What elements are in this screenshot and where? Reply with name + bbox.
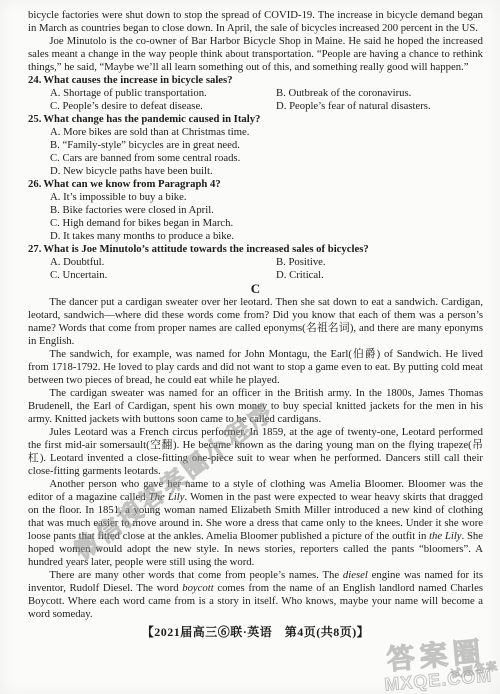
question-25: 25.What change has the pandemic caused i… bbox=[28, 113, 483, 178]
option-text: High demand for bikes began in March. bbox=[62, 217, 233, 229]
option-text: Critical. bbox=[289, 269, 324, 281]
question-25-text: What change has the pandemic caused in I… bbox=[43, 113, 260, 125]
option-text: New bicycle paths have been built. bbox=[63, 165, 213, 177]
question-26-option-c: C. High demand for bikes began in March. bbox=[50, 217, 483, 230]
option-label: C. bbox=[50, 269, 60, 281]
option-label: B. bbox=[276, 87, 286, 99]
question-24-option-d: D. People’s fear of natural disasters. bbox=[276, 100, 483, 113]
option-text: It’s impossible to buy a bike. bbox=[63, 191, 187, 203]
option-label: A. bbox=[50, 126, 60, 138]
passage-c-paragraph-1: The dancer put a cardigan sweater over h… bbox=[28, 296, 483, 348]
option-text: More bikes are sold than at Christmas ti… bbox=[63, 126, 249, 138]
question-26-stem: 26.What can we know from Paragraph 4? bbox=[28, 178, 483, 191]
question-25-option-b: B. “Family-style” bicycles are in great … bbox=[50, 139, 483, 152]
question-25-stem: 25.What change has the pandemic caused i… bbox=[28, 113, 483, 126]
question-24-option-c: C. People’s desire to defeat disease. bbox=[50, 100, 276, 113]
question-25-option-c: C. Cars are banned from some central roa… bbox=[50, 152, 483, 165]
question-27-stem: 27.What is Joe Minutolo’s attitude towar… bbox=[28, 243, 483, 256]
question-26-option-b: B. Bike factories were closed in April. bbox=[50, 204, 483, 217]
option-text: Outbreak of the coronavirus. bbox=[288, 87, 411, 99]
question-26: 26.What can we know from Paragraph 4? A.… bbox=[28, 178, 483, 243]
option-label: A. bbox=[50, 87, 60, 99]
question-25-number: 25. bbox=[28, 113, 41, 126]
passage-b-paragraph-2: Joe Minutolo is the co-owner of Bar Harb… bbox=[28, 35, 483, 74]
question-25-option-d: D. New bicycle paths have been built. bbox=[50, 165, 483, 178]
corner-watermark: 答案圈 试题答案 MXQE.COM bbox=[372, 636, 500, 694]
option-label: B. bbox=[276, 256, 286, 268]
section-c-heading: C bbox=[28, 282, 483, 296]
question-24-stem: 24.What causes the increase in bicycle s… bbox=[28, 74, 483, 87]
option-label: C. bbox=[50, 152, 60, 164]
option-text: “Family-style” bicycles are in great nee… bbox=[62, 139, 239, 151]
question-27-number: 27. bbox=[28, 243, 41, 256]
question-26-options: A. It’s impossible to buy a bike. B. Bik… bbox=[28, 191, 483, 243]
question-27-option-d: D. Critical. bbox=[276, 269, 483, 282]
option-text: It takes many months to produce a bike. bbox=[63, 230, 234, 242]
option-label: C. bbox=[50, 217, 60, 229]
passage-b-paragraph-continuation: bicycle factories were shut down to stop… bbox=[28, 9, 483, 35]
question-24-option-a: A. Shortage of public transportation. bbox=[50, 87, 276, 100]
option-text: Positive. bbox=[288, 256, 325, 268]
passage-c-paragraph-3: The cardigan sweater was named for an of… bbox=[28, 387, 483, 426]
corner-watermark-site: MXQE.COM bbox=[375, 665, 500, 694]
question-27-text: What is Joe Minutolo’s attitude towards … bbox=[43, 243, 368, 255]
passage-c-paragraph-6: There are many other words that come fro… bbox=[28, 569, 483, 621]
passage-c-paragraph-2: The sandwich, for example, was named for… bbox=[28, 348, 483, 387]
passage-c-paragraph-4: Jules Leotard was a French circus perfor… bbox=[28, 426, 483, 478]
question-24: 24.What causes the increase in bicycle s… bbox=[28, 74, 483, 113]
question-24-number: 24. bbox=[28, 74, 41, 87]
option-label: B. bbox=[50, 139, 60, 151]
question-27: 27.What is Joe Minutolo’s attitude towar… bbox=[28, 243, 483, 282]
question-26-option-d: D. It takes many months to produce a bik… bbox=[50, 230, 483, 243]
option-label: D. bbox=[50, 165, 60, 177]
option-text: Bike factories were closed in April. bbox=[62, 204, 213, 216]
page-footer: 【2021届高三⑥联·英语 第4页(共8页)】 bbox=[28, 626, 483, 639]
option-label: D. bbox=[50, 230, 60, 242]
option-text: Uncertain. bbox=[62, 269, 107, 281]
question-24-option-b: B. Outbreak of the coronavirus. bbox=[276, 87, 483, 100]
corner-watermark-subtitle: 试题答案 bbox=[450, 660, 500, 682]
question-27-options: A. Doubtful. B. Positive. C. Uncertain. … bbox=[28, 256, 483, 282]
option-text: Doubtful. bbox=[63, 256, 104, 268]
question-25-options: A. More bikes are sold than at Christmas… bbox=[28, 126, 483, 178]
option-label: C. bbox=[50, 100, 60, 112]
question-24-text: What causes the increase in bicycle sale… bbox=[43, 74, 232, 86]
passage-c-paragraph-5: Another person who gave her name to a st… bbox=[28, 478, 483, 569]
corner-watermark-title: 答案圈 bbox=[372, 636, 500, 677]
question-27-option-c: C. Uncertain. bbox=[50, 269, 276, 282]
option-label: D. bbox=[276, 269, 286, 281]
question-27-option-a: A. Doubtful. bbox=[50, 256, 276, 269]
option-label: A. bbox=[50, 191, 60, 203]
option-text: People’s desire to defeat disease. bbox=[62, 100, 202, 112]
question-26-option-a: A. It’s impossible to buy a bike. bbox=[50, 191, 483, 204]
option-text: Cars are banned from some central roads. bbox=[62, 152, 240, 164]
option-text: People’s fear of natural disasters. bbox=[289, 100, 431, 112]
option-label: B. bbox=[50, 204, 60, 216]
question-27-option-b: B. Positive. bbox=[276, 256, 483, 269]
question-24-options: A. Shortage of public transportation. B.… bbox=[28, 87, 483, 113]
option-text: Shortage of public transportation. bbox=[63, 87, 207, 99]
option-label: D. bbox=[276, 100, 286, 112]
question-26-text: What can we know from Paragraph 4? bbox=[43, 178, 220, 190]
question-26-number: 26. bbox=[28, 178, 41, 191]
question-25-option-a: A. More bikes are sold than at Christmas… bbox=[50, 126, 483, 139]
exam-page: bicycle factories were shut down to stop… bbox=[0, 0, 500, 694]
option-label: A. bbox=[50, 256, 60, 268]
